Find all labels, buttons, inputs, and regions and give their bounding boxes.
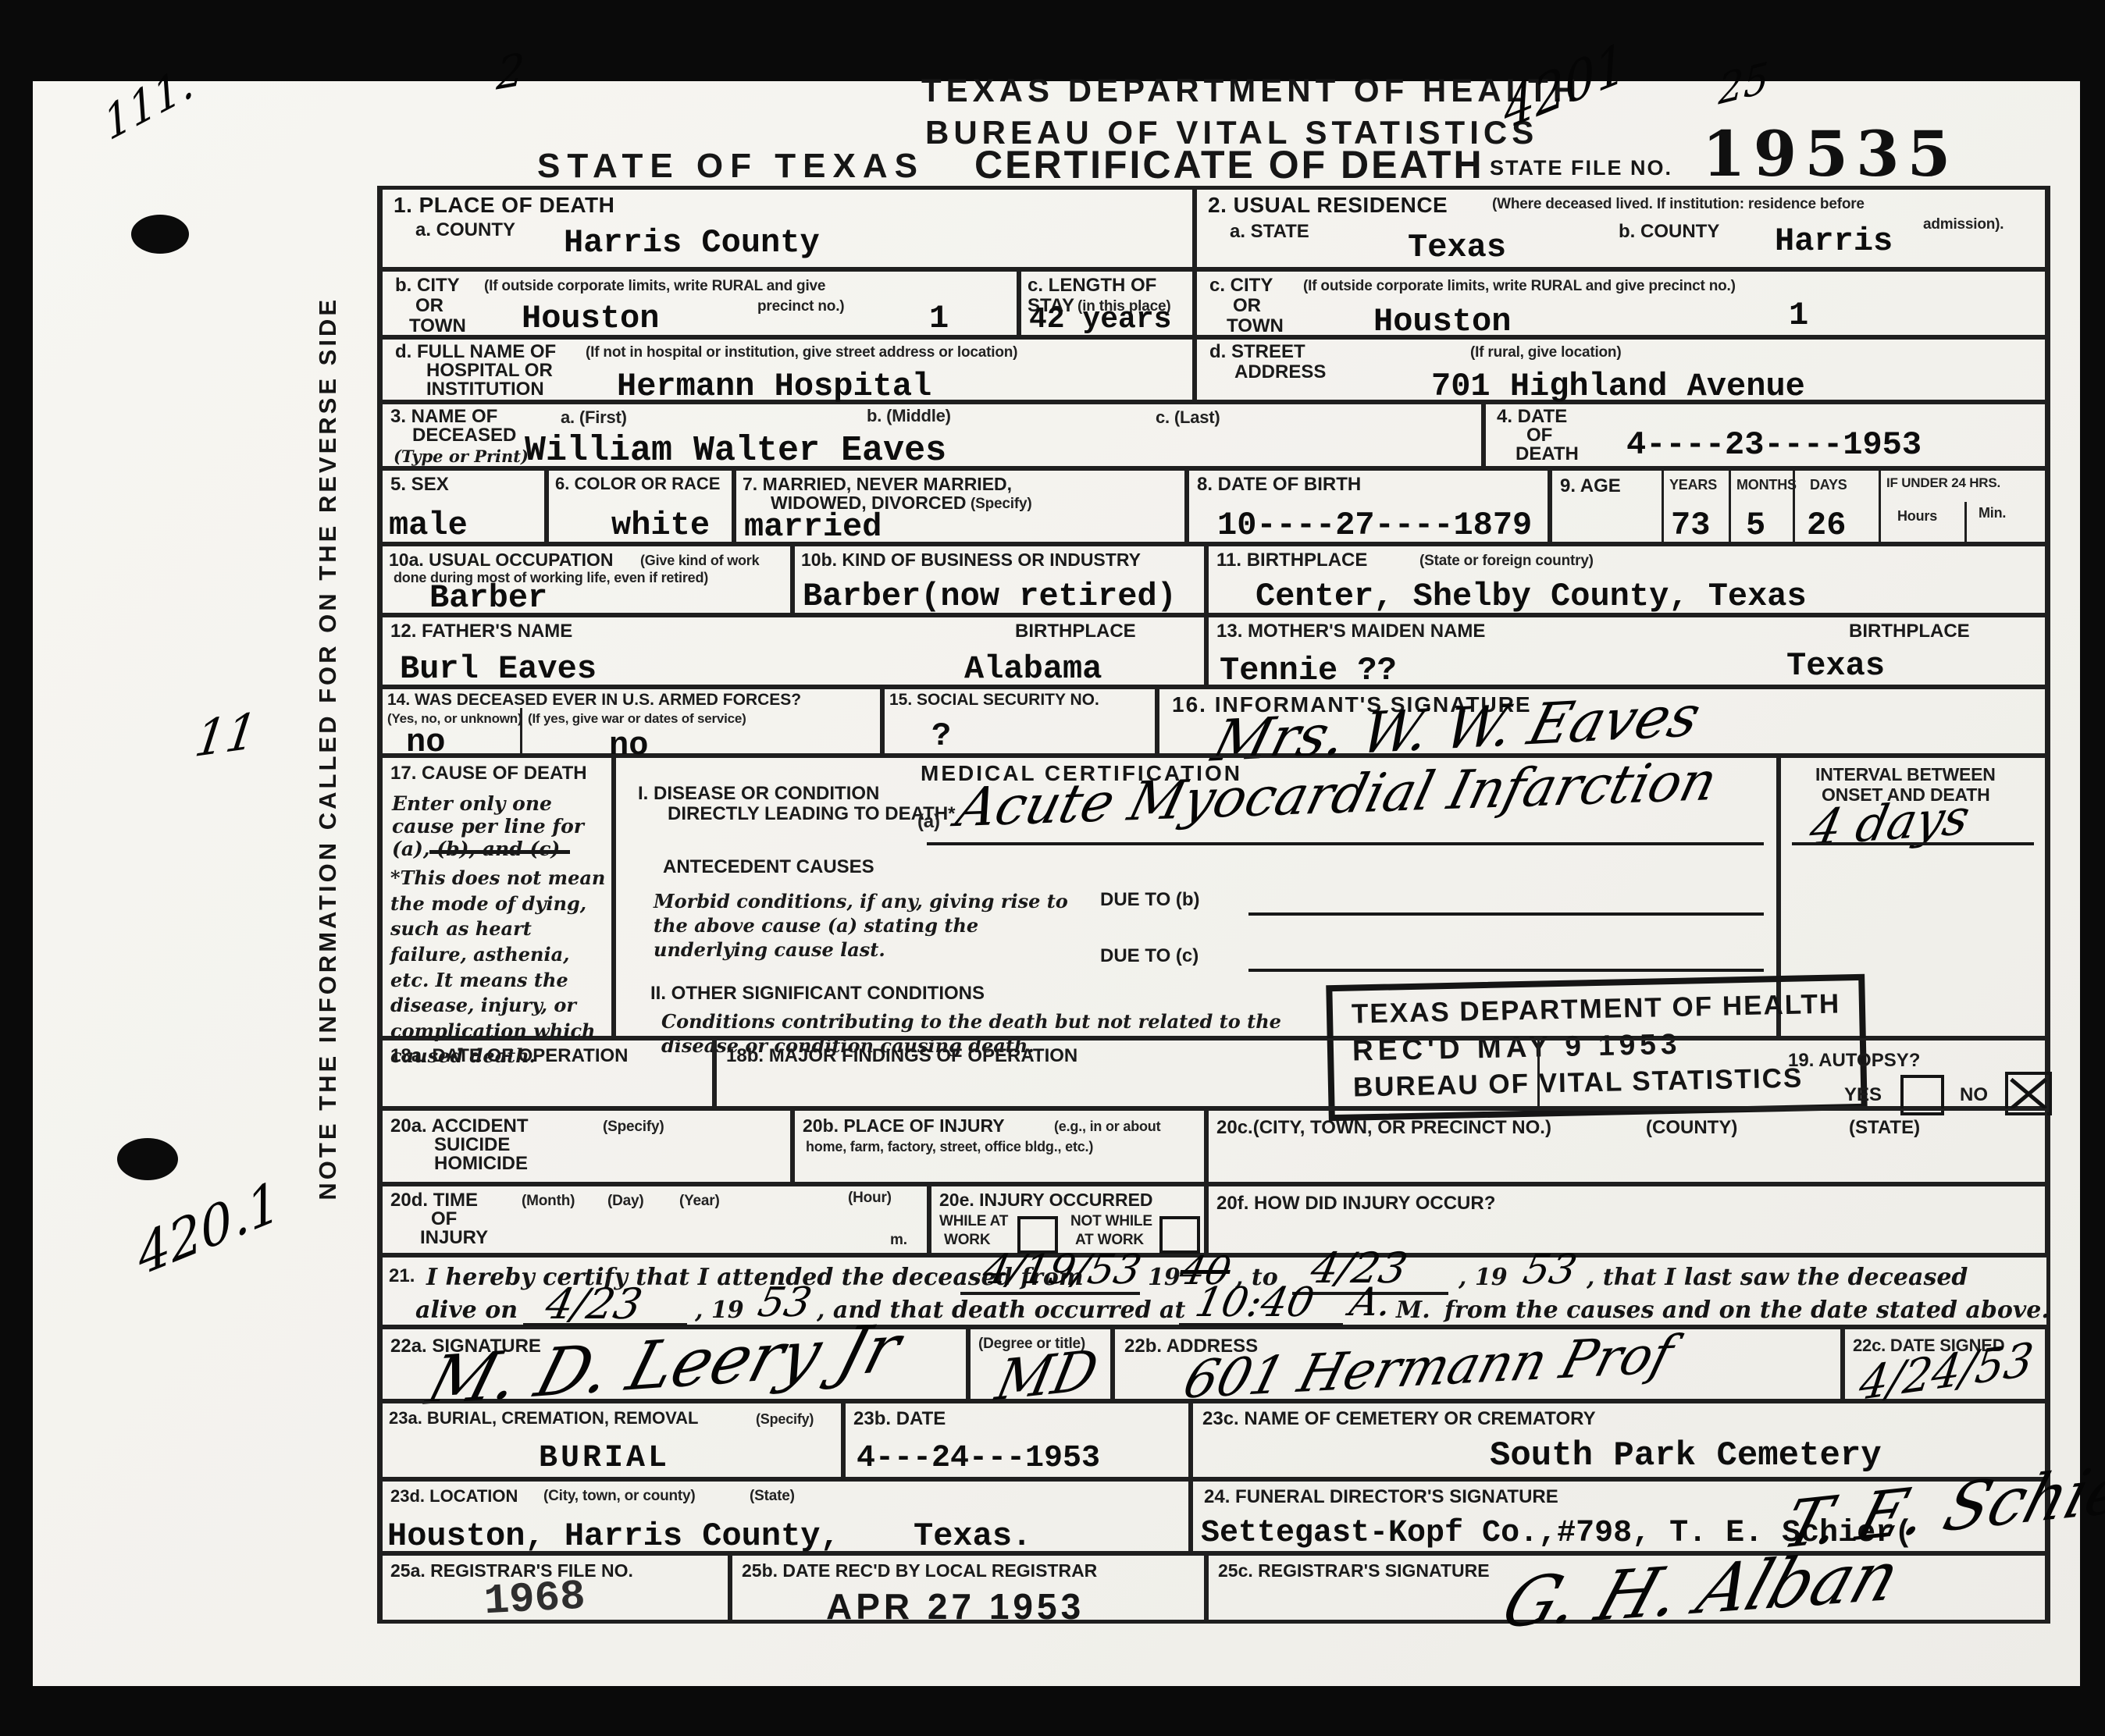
- field-residence-city: c. CITY OR TOWN (If outside corporate li…: [1195, 269, 2047, 337]
- age-years-value: 73: [1671, 507, 1710, 544]
- punch-hole: [131, 215, 189, 254]
- antecedent-label: ANTECEDENT CAUSES: [663, 856, 874, 878]
- cemetery-label: 23c. NAME OF CEMETERY OR CREMATORY: [1202, 1408, 1596, 1430]
- operation-date-label: 18a. DATE OF OPERATION: [390, 1045, 629, 1067]
- name-last-label: c. (Last): [1156, 407, 1220, 428]
- dod-value: 4----23----1953: [1626, 426, 1922, 464]
- certify-time-line: [1179, 1323, 1343, 1326]
- hospital-hint: (If not in hospital or institution, give…: [586, 344, 1017, 361]
- age-divider: [1729, 471, 1731, 542]
- residence-city-label: c. CITY: [1209, 275, 1273, 297]
- certify-19-1: 19: [1148, 1264, 1181, 1291]
- residence-county-value: Harris: [1775, 222, 1893, 260]
- injury-year-label: (Year): [679, 1193, 720, 1210]
- burial-date-value: 4---24---1953: [857, 1441, 1100, 1476]
- field-injury-occurred: 20e. INJURY OCCURRED WHILE AT WORK NOT W…: [929, 1184, 1206, 1255]
- father-birthplace-value: Alabama: [964, 650, 1102, 688]
- street-label-1: d. STREET: [1209, 341, 1305, 363]
- dob-label: 8. DATE OF BIRTH: [1197, 474, 1361, 496]
- field-kind-of-business: 10b. KIND OF BUSINESS OR INDUSTRY Barber…: [792, 544, 1206, 615]
- field-informant-signature: 16. INFORMANT'S SIGNATURE Mrs. W. W. Eav…: [1157, 687, 2047, 756]
- stay-value: 42 years: [1029, 303, 1171, 336]
- field-burial-location: 23d. LOCATION (City, town, or county) (S…: [380, 1479, 1191, 1553]
- stamp-line-1: TEXAS DEPARTMENT OF HEALTH: [1352, 988, 1841, 1030]
- location-state-hint: (State): [750, 1488, 795, 1505]
- name-middle-label: b. (Middle): [867, 406, 951, 426]
- age-divider: [1662, 471, 1664, 542]
- city-hint-2: precinct no.): [757, 298, 844, 315]
- field-registrar-file-no: 25a. REGISTRAR'S FILE NO. 1968: [380, 1553, 730, 1624]
- state-of-texas: STATE OF TEXAS: [537, 147, 924, 186]
- field-burial-type: 23a. BURIAL, CREMATION, REMOVAL (Specify…: [380, 1401, 843, 1479]
- field-residence-street: d. STREET ADDRESS (If rural, give locati…: [1195, 337, 2047, 402]
- field-burial-date: 23b. DATE 4---24---1953: [843, 1401, 1191, 1479]
- field-major-findings: 18b. MAJOR FINDINGS OF OPERATION: [714, 1038, 1540, 1108]
- certify-time-handwriting: 10:40: [1191, 1279, 1319, 1326]
- county-label: a. COUNTY: [415, 219, 515, 241]
- county-value: Harris County: [564, 224, 820, 261]
- place-of-death-title: 1. PLACE OF DEATH: [394, 193, 614, 218]
- residence-title: 2. USUAL RESIDENCE: [1208, 193, 1448, 218]
- punch-hole: [117, 1138, 178, 1180]
- race-value: white: [611, 507, 710, 544]
- autopsy-yes-label: YES: [1844, 1084, 1882, 1106]
- age-years-label: YEARS: [1669, 477, 1717, 493]
- name-value: William Walter Eaves: [525, 431, 946, 471]
- field-registrar-signature: 25c. REGISTRAR'S SIGNATURE G. H. Alban: [1206, 1553, 2047, 1624]
- age-months-value: 5: [1746, 507, 1765, 544]
- field-certification-statement: 21. I hereby certify that I attended the…: [380, 1255, 2050, 1327]
- marital-value: married: [744, 508, 882, 546]
- marital-hint: (Specify): [971, 496, 1031, 513]
- city-or: OR: [415, 295, 443, 317]
- field-residence-state-county: 2. USUAL RESIDENCE (Where deceased lived…: [1195, 186, 2047, 269]
- burial-label: 23a. BURIAL, CREMATION, REMOVAL: [389, 1408, 698, 1428]
- street-value: 701 Highland Avenue: [1431, 368, 1805, 405]
- age-divider: [1964, 502, 1967, 542]
- age-hours-label: Hours: [1897, 508, 1937, 525]
- field-time-of-injury: 20d. TIME OF INJURY (Month) (Day) (Year)…: [380, 1184, 929, 1255]
- residence-state-value: Texas: [1408, 229, 1506, 266]
- field-armed-forces: 14. WAS DECEASED EVER IN U.S. ARMED FORC…: [380, 687, 882, 756]
- age-months-label: MONTHS: [1736, 477, 1797, 493]
- field-funeral-director: 24. FUNERAL DIRECTOR'S SIGNATURE Settega…: [1191, 1479, 2047, 1553]
- field-ssn: 15. SOCIAL SECURITY NO. ?: [882, 687, 1157, 756]
- date-received-label: 25b. DATE REC'D BY LOCAL REGISTRAR: [742, 1560, 1097, 1581]
- mother-label: 13. MOTHER'S MAIDEN NAME: [1216, 621, 1485, 642]
- margin-handwriting-mid: 11: [191, 701, 261, 768]
- injury-location-label: 20c.(CITY, TOWN, OR PRECINCT NO.): [1216, 1117, 1551, 1139]
- mother-birthplace-label: BIRTHPLACE: [1849, 621, 1970, 642]
- mother-name-value: Tennie ??: [1220, 652, 1397, 689]
- residence-city-hint: (If outside corporate limits, write RURA…: [1303, 278, 1736, 295]
- location-value: Houston, Harris County,: [387, 1517, 840, 1555]
- age-label: 9. AGE: [1560, 475, 1621, 497]
- due-to-c-line: [1248, 969, 1764, 972]
- street-label-2: ADDRESS: [1234, 361, 1326, 383]
- field-accident-suicide-homicide: 20a. ACCIDENT SUICIDE HOMICIDE (Specify): [380, 1108, 792, 1184]
- injury-place-hint-2: home, farm, factory, street, office bldg…: [806, 1139, 1093, 1155]
- injury-county-label: (COUNTY): [1646, 1117, 1737, 1139]
- certify-year-2: 53: [1519, 1247, 1581, 1293]
- certify-alive-handwriting: 4/23: [541, 1279, 646, 1329]
- certify-number: 21.: [389, 1265, 415, 1287]
- city-value: Houston: [522, 300, 659, 337]
- registrar-file-value: 1968: [483, 1574, 586, 1627]
- while-at-work-label-1: WHILE AT: [939, 1213, 1008, 1230]
- autopsy-label: 19. AUTOPSY?: [1788, 1050, 1920, 1072]
- certify-ampm-handwriting: A.: [1346, 1279, 1396, 1325]
- field-date-of-death: 4. DATE OF DEATH 4----23----1953: [1483, 402, 2047, 468]
- age-under24-label: IF UNDER 24 HRS.: [1886, 475, 2000, 491]
- field-date-of-birth: 8. DATE OF BIRTH 10----27----1879: [1187, 468, 1550, 544]
- due-to-c-label: DUE TO (c): [1100, 945, 1199, 967]
- funeral-director-label: 24. FUNERAL DIRECTOR'S SIGNATURE: [1204, 1486, 1558, 1508]
- field-birthplace: 11. BIRTHPLACE (State or foreign country…: [1206, 544, 2047, 615]
- residence-city-town: TOWN: [1227, 315, 1284, 337]
- not-while-label-1: NOT WHILE: [1070, 1213, 1152, 1230]
- business-label: 10b. KIND OF BUSINESS OR INDUSTRY: [801, 550, 1141, 571]
- injury-place-label: 20b. PLACE OF INJURY: [803, 1115, 1005, 1137]
- occupation-value: Barber: [429, 579, 547, 617]
- field-mother: 13. MOTHER'S MAIDEN NAME BIRTHPLACE Tenn…: [1206, 615, 2047, 687]
- occupation-label: 10a. USUAL OCCUPATION: [389, 550, 614, 571]
- cause-note-divider: [429, 850, 570, 854]
- certify-text-6: from the causes and on the date stated a…: [1444, 1297, 2050, 1324]
- armed-forces-divider: [520, 708, 522, 753]
- residence-precinct-value: 1: [1789, 297, 1808, 334]
- injury-day-label: (Day): [607, 1193, 644, 1210]
- interval-label-1: INTERVAL BETWEEN: [1815, 764, 1996, 785]
- residence-city-value: Houston: [1373, 303, 1511, 340]
- residence-hint-2: admission).: [1923, 216, 2003, 233]
- dod-label-3: DEATH: [1516, 443, 1579, 465]
- field-autopsy: 19. AUTOPSY? YES NO: [1540, 1038, 2047, 1108]
- precinct-value: 1: [929, 300, 949, 337]
- injury-time-label-3: INJURY: [420, 1227, 488, 1249]
- hospital-label-3: INSTITUTION: [426, 379, 544, 400]
- city-town: TOWN: [409, 315, 466, 337]
- field-place-of-death-county: 1. PLACE OF DEATH a. COUNTY Harris Count…: [380, 186, 1195, 269]
- autopsy-no-label: NO: [1960, 1084, 1988, 1106]
- while-at-work-label-2: WORK: [944, 1232, 990, 1249]
- field-degree-or-title: (Degree or title) MD: [968, 1327, 1113, 1401]
- certify-19-3: , 19: [695, 1297, 744, 1324]
- scanned-death-certificate: NOTE THE INFORMATION CALLED FOR ON THE R…: [0, 0, 2105, 1736]
- field-physician-signature: 22a. SIGNATURE M. D. Leery Jr: [380, 1327, 968, 1401]
- sex-label: 5. SEX: [390, 474, 449, 496]
- burial-date-label: 23b. DATE: [853, 1408, 946, 1430]
- dept-line-1: TEXAS DEPARTMENT OF HEALTH: [921, 72, 1581, 109]
- location-label: 23d. LOCATION: [390, 1486, 518, 1507]
- state-file-no-label: STATE FILE NO.: [1490, 156, 1672, 180]
- burial-hint: (Specify): [756, 1411, 814, 1428]
- cause-of-death-label: 17. CAUSE OF DEATH: [390, 763, 587, 784]
- city-hint-1: (If outside corporate limits, write RURA…: [484, 278, 825, 295]
- armed-forces-hint-2: (If yes, give war or dates of service): [528, 711, 746, 727]
- field-place-of-injury: 20b. PLACE OF INJURY (e.g., in or about …: [792, 1108, 1206, 1184]
- margin-note-vertical: NOTE THE INFORMATION CALLED FOR ON THE R…: [314, 297, 342, 1444]
- field-name-of-deceased: 3. NAME OF DECEASED (Type or Print) a. (…: [380, 402, 1483, 468]
- registrar-signature-label: 25c. REGISTRAR'S SIGNATURE: [1218, 1560, 1490, 1581]
- father-name-value: Burl Eaves: [400, 650, 597, 688]
- certificate-title: CERTIFICATE OF DEATH: [974, 142, 1484, 187]
- due-to-b-line: [1248, 912, 1764, 916]
- field-length-of-stay: c. LENGTH OF STAY (in this place) 42 yea…: [1019, 269, 1195, 337]
- injury-state-label: (STATE): [1849, 1117, 1920, 1139]
- field-cemetery-name: 23c. NAME OF CEMETERY OR CREMATORY South…: [1191, 1401, 2047, 1479]
- injury-occurred-label: 20e. INJURY OCCURRED: [939, 1190, 1153, 1211]
- disease-label-2: DIRECTLY LEADING TO DEATH*: [668, 803, 955, 825]
- certify-text-3: , that I last saw the deceased: [1587, 1264, 1968, 1291]
- certify-from-handwriting: 4/19/53: [979, 1247, 1145, 1293]
- mother-birthplace-value: Texas: [1786, 647, 1885, 685]
- armed-forces-label: 14. WAS DECEASED EVER IN U.S. ARMED FORC…: [387, 691, 801, 710]
- field-date-of-operation: 18a. DATE OF OPERATION: [380, 1038, 714, 1108]
- birthplace-label: 11. BIRTHPLACE: [1216, 550, 1367, 571]
- father-birthplace-label: BIRTHPLACE: [1015, 621, 1136, 642]
- cemetery-value: South Park Cemetery: [1490, 1436, 1882, 1475]
- ssn-value: ?: [931, 717, 951, 755]
- antecedent-note: Morbid conditions, if any, giving rise t…: [654, 889, 1091, 962]
- other-conditions-label: II. OTHER SIGNIFICANT CONDITIONS: [650, 983, 985, 1005]
- birthplace-value: Center, Shelby County, Texas: [1256, 578, 1807, 615]
- certify-19-2: , 19: [1459, 1264, 1508, 1291]
- reverse-side-note: NOTE THE INFORMATION CALLED FOR ON THE R…: [314, 297, 342, 1201]
- business-value: Barber(now retired): [803, 578, 1177, 615]
- street-hint: (If rural, give location): [1470, 344, 1621, 361]
- injury-place-hint-1: (e.g., in or about: [1054, 1119, 1160, 1135]
- residence-state-label: a. STATE: [1230, 221, 1309, 243]
- disease-a-mark: (a): [917, 811, 940, 833]
- age-min-label: Min.: [1979, 505, 2006, 521]
- field-hospital-name: d. FULL NAME OF HOSPITAL OR INSTITUTION …: [380, 337, 1195, 402]
- field-physician-address: 22b. ADDRESS 601 Hermann Prof: [1113, 1327, 1843, 1401]
- cause-line: [927, 842, 1764, 845]
- dob-value: 10----27----1879: [1217, 507, 1532, 544]
- hospital-value: Hermann Hospital: [617, 368, 931, 405]
- certify-m-label: M.: [1396, 1297, 1430, 1324]
- disease-label-1: I. DISEASE OR CONDITION: [638, 783, 879, 805]
- age-divider: [1793, 471, 1795, 542]
- how-injury-label: 20f. HOW DID INJURY OCCUR?: [1216, 1193, 1495, 1215]
- name-label-2: DECEASED: [412, 425, 516, 446]
- field-date-signed: 22c. DATE SIGNED 4/24/53: [1843, 1327, 2047, 1401]
- field-usual-occupation: 10a. USUAL OCCUPATION (Give kind of work…: [380, 544, 792, 615]
- marital-label-1: 7. MARRIED, NEVER MARRIED,: [743, 474, 1012, 495]
- field-place-of-death-city: b. CITY OR TOWN (If outside corporate li…: [380, 269, 1019, 337]
- injury-hour-label: (Hour): [848, 1190, 892, 1207]
- header-handwriting-2: 2: [495, 44, 526, 101]
- residence-hint-1: (Where deceased lived. If institution: r…: [1492, 196, 1865, 213]
- name-first-label: a. (First): [561, 407, 627, 428]
- age-days-value: 26: [1807, 507, 1846, 544]
- due-to-b-label: DUE TO (b): [1100, 889, 1200, 911]
- field-father: 12. FATHER'S NAME BIRTHPLACE Burl Eaves …: [380, 615, 1206, 687]
- occupation-hint-1: (Give kind of work: [640, 553, 759, 569]
- injury-month-label: (Month): [522, 1193, 575, 1210]
- location-hint: (City, town, or county): [543, 1488, 696, 1505]
- state-file-no-value: 19535: [1702, 117, 1958, 190]
- father-label: 12. FATHER'S NAME: [390, 621, 572, 642]
- certify-from-line: [960, 1292, 1140, 1295]
- interval-handwriting: 4 days: [1804, 788, 1975, 856]
- field-marital-status: 7. MARRIED, NEVER MARRIED, WIDOWED, DIVO…: [734, 468, 1187, 544]
- field-injury-location: 20c.(CITY, TOWN, OR PRECINCT NO.) (COUNT…: [1206, 1108, 2047, 1184]
- ssn-label: 15. SOCIAL SECURITY NO.: [889, 691, 1099, 710]
- birthplace-hint: (State or foreign country): [1419, 553, 1594, 570]
- race-label: 6. COLOR OR RACE: [555, 474, 720, 494]
- injury-m-label: m.: [890, 1232, 907, 1249]
- age-days-label: DAYS: [1810, 477, 1847, 493]
- accident-hint: (Specify): [603, 1119, 664, 1136]
- name-label-3: (Type or Print): [394, 446, 529, 466]
- burial-value: BURIAL: [539, 1441, 670, 1476]
- field-age: 9. AGE YEARS MONTHS DAYS IF UNDER 24 HRS…: [1550, 468, 2047, 544]
- age-divider: [1879, 471, 1881, 542]
- field-cause-of-death-notes: 17. CAUSE OF DEATH Enter only one cause …: [380, 756, 614, 1038]
- certify-text-4: alive on: [415, 1297, 518, 1324]
- date-received-stamp: APR 27 1953: [826, 1585, 1085, 1627]
- interval-line: [1792, 842, 2034, 845]
- accident-label-3: HOMICIDE: [434, 1153, 528, 1175]
- major-findings-label: 18b. MAJOR FINDINGS OF OPERATION: [726, 1045, 1077, 1067]
- residence-city-or: OR: [1233, 295, 1261, 317]
- field-color-or-race: 6. COLOR OR RACE white: [547, 468, 734, 544]
- location-state-value: Texas.: [914, 1517, 1031, 1555]
- field-date-received: 25b. DATE REC'D BY LOCAL REGISTRAR APR 2…: [730, 1553, 1206, 1624]
- residence-county-label: b. COUNTY: [1619, 221, 1719, 243]
- stay-label-1: c. LENGTH OF: [1028, 275, 1156, 297]
- city-label: b. CITY: [395, 275, 460, 297]
- sex-value: male: [389, 507, 468, 544]
- field-sex: 5. SEX male: [380, 468, 547, 544]
